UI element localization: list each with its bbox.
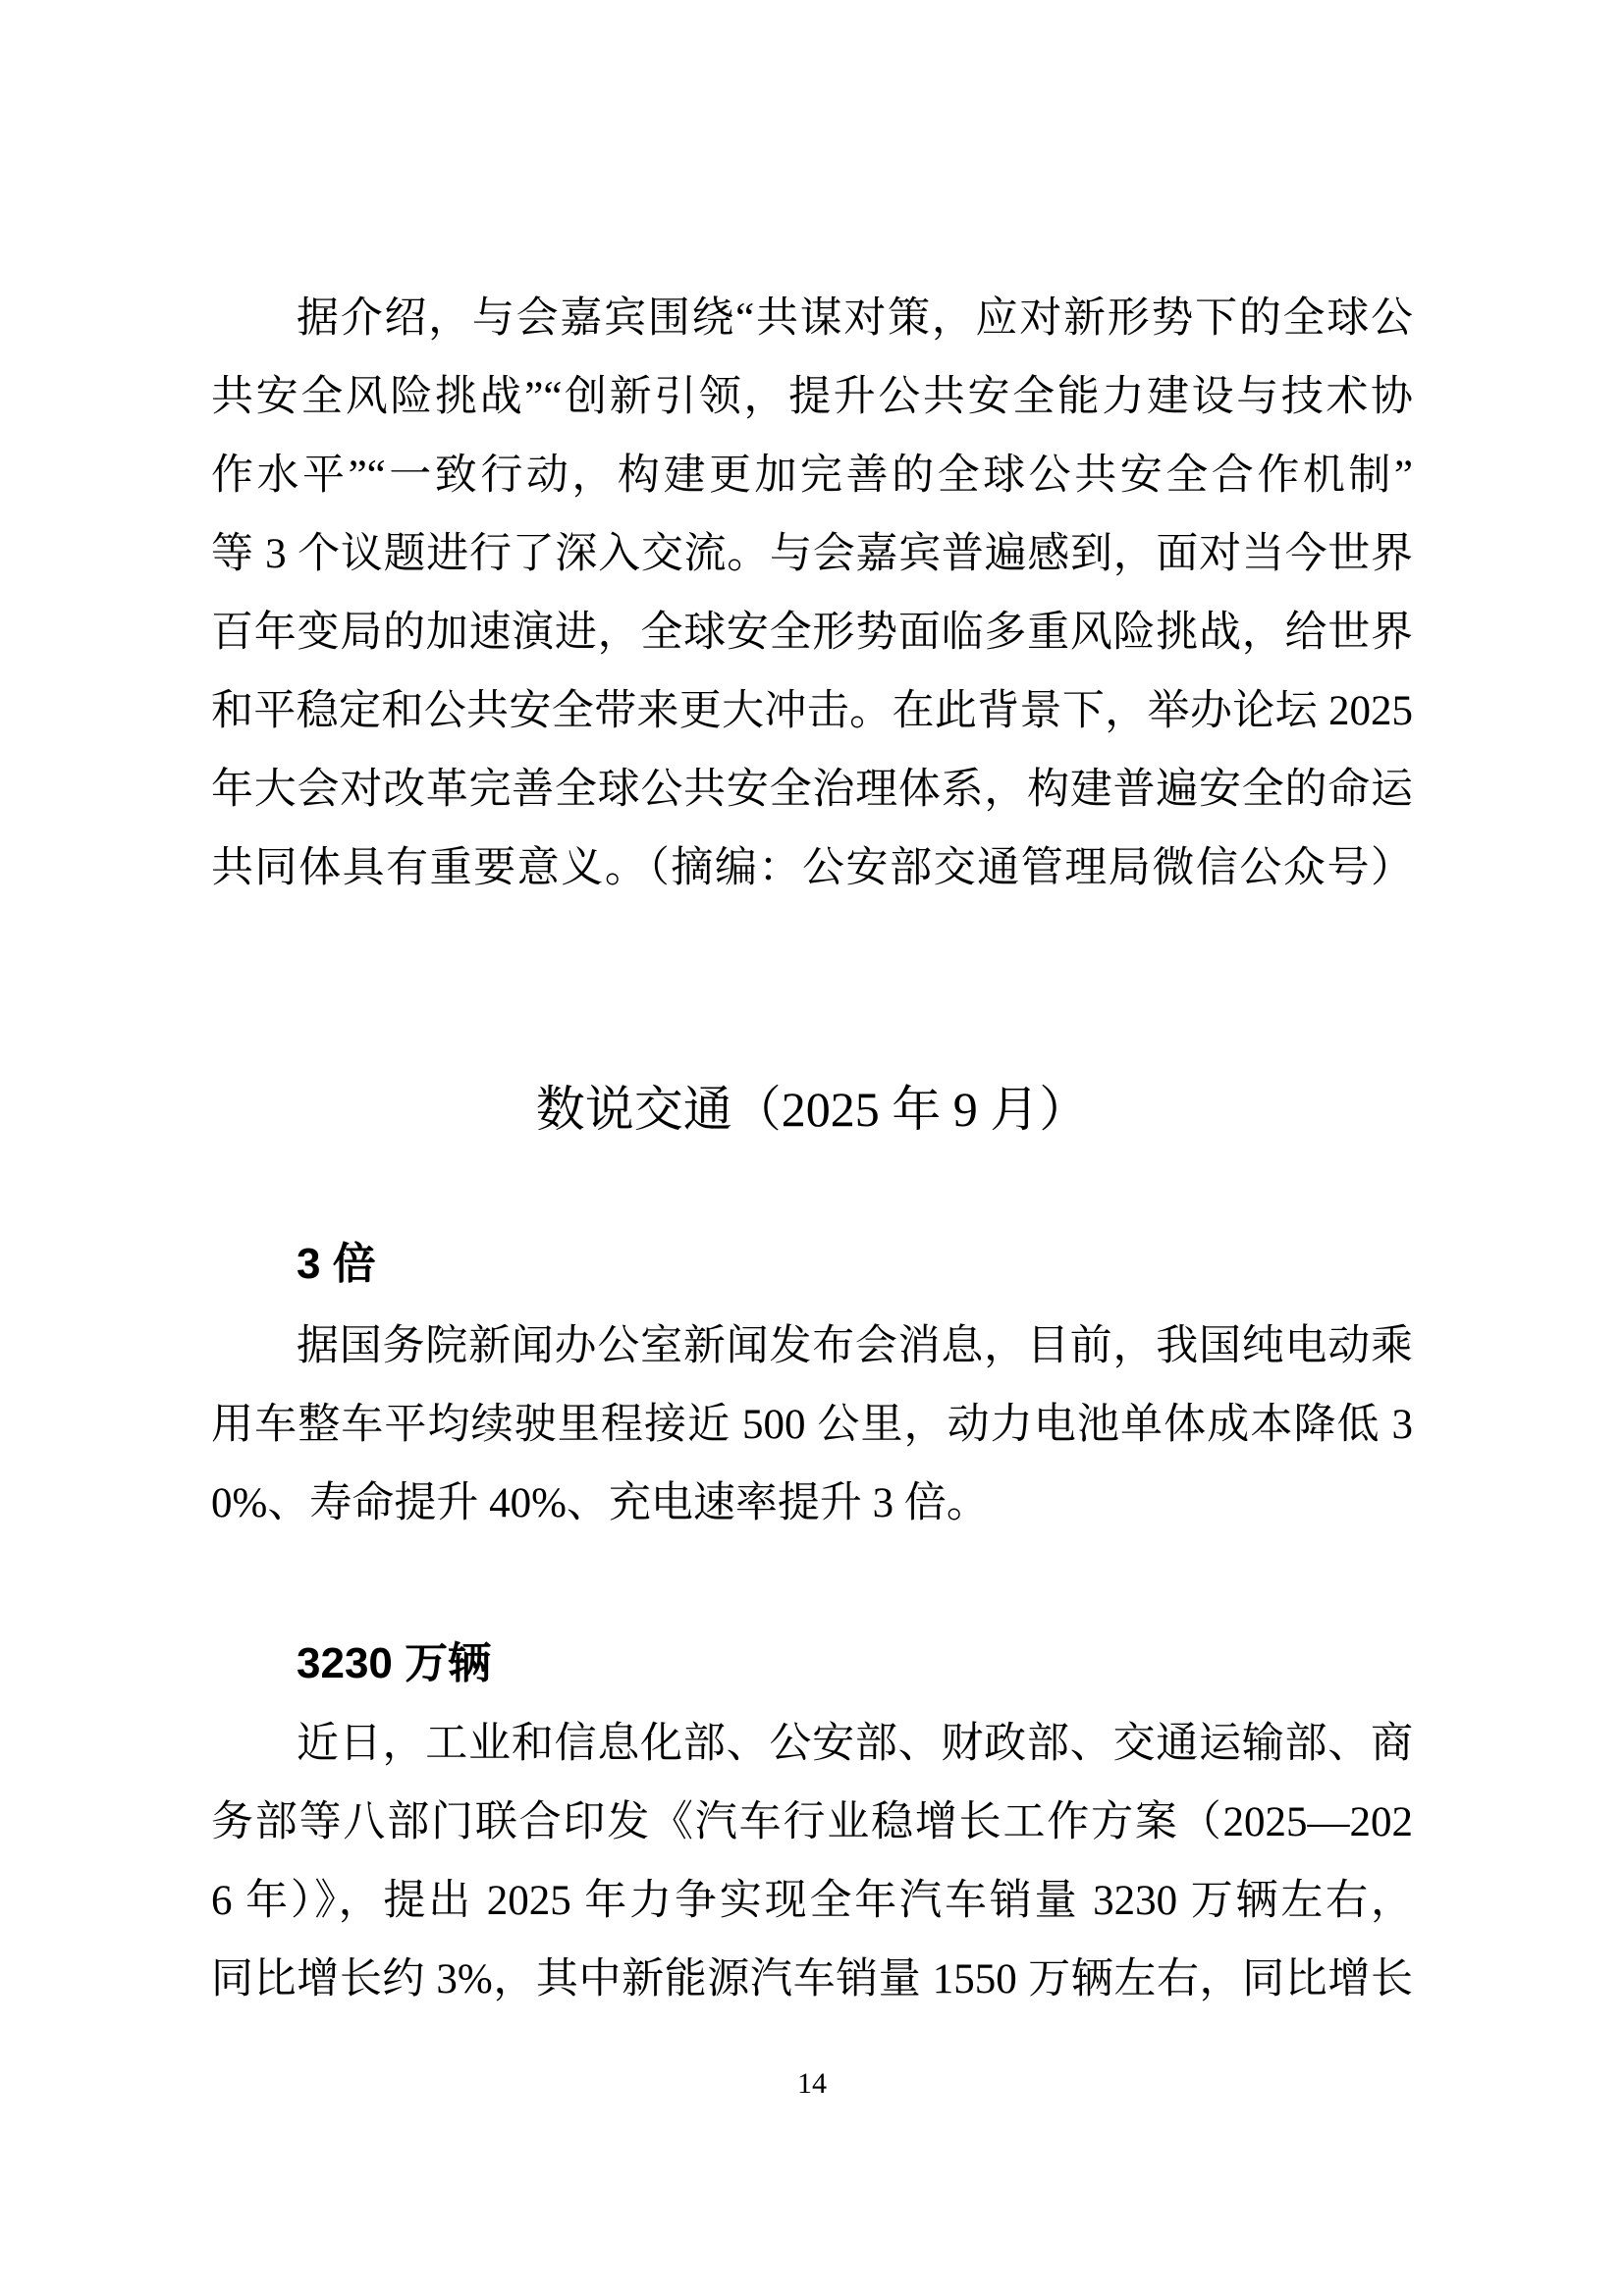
- paragraph-line: 和平稳定和公共安全带来更大冲击。在此背景下，举办论坛 2025: [211, 672, 1413, 751]
- paragraph-line: 用车整车平均续驶里程接近 500 公里，动力电池单体成本降低 3: [211, 1386, 1413, 1465]
- paragraph-line: 共安全风险挑战”“创新引领，提升公共安全能力建设与技术协: [211, 358, 1413, 437]
- paragraph-line: 据国务院新闻办公室新闻发布会消息，目前，我国纯电动乘: [211, 1308, 1413, 1386]
- paragraph-line: 等 3 个议题进行了深入交流。与会嘉宾普遍感到，面对当今世界: [211, 515, 1413, 594]
- document-page: 据介绍，与会嘉宾围绕“共谋对策，应对新形势下的全球公 共安全风险挑战”“创新引领…: [0, 0, 1624, 2296]
- stat-title-3x: 3 倍: [211, 1225, 1413, 1304]
- paragraph-line: 共同体具有重要意义。（摘编：公安部交通管理局微信公众号）: [211, 829, 1413, 908]
- auto-sales-paragraph: 近日，工业和信息化部、公安部、财政部、交通运输部、商 务部等八部门联合印发《汽车…: [211, 1705, 1413, 2019]
- forum-summary-paragraph: 据介绍，与会嘉宾围绕“共谋对策，应对新形势下的全球公 共安全风险挑战”“创新引领…: [211, 280, 1413, 908]
- paragraph-line: 据介绍，与会嘉宾围绕“共谋对策，应对新形势下的全球公: [211, 280, 1413, 358]
- paragraph-line: 0%、寿命提升 40%、充电速率提升 3 倍。: [211, 1465, 1413, 1543]
- section-heading: 数说交通（2025 年 9 月）: [211, 1070, 1413, 1148]
- paragraph-line: 同比增长约 3%，其中新能源汽车销量 1550 万辆左右，同比增长: [211, 1941, 1413, 2019]
- paragraph-line: 务部等八部门联合印发《汽车行业稳增长工作方案（2025—202: [211, 1784, 1413, 1862]
- paragraph-line: 近日，工业和信息化部、公安部、财政部、交通运输部、商: [211, 1705, 1413, 1784]
- ev-stat-paragraph: 据国务院新闻办公室新闻发布会消息，目前，我国纯电动乘 用车整车平均续驶里程接近 …: [211, 1308, 1413, 1543]
- page-number: 14: [0, 2064, 1624, 2104]
- paragraph-line: 年大会对改革完善全球公共安全治理体系，构建普遍安全的命运: [211, 751, 1413, 829]
- document-body: 据介绍，与会嘉宾围绕“共谋对策，应对新形势下的全球公 共安全风险挑战”“创新引领…: [211, 0, 1413, 2019]
- stat-title-3230: 3230 万辆: [211, 1625, 1413, 1703]
- paragraph-line: 6 年）》，提出 2025 年力争实现全年汽车销量 3230 万辆左右，: [211, 1862, 1413, 1941]
- paragraph-line: 百年变局的加速演进，全球安全形势面临多重风险挑战，给世界: [211, 594, 1413, 672]
- paragraph-line: 作水平”“一致行动，构建更加完善的全球公共安全合作机制”: [211, 437, 1413, 515]
